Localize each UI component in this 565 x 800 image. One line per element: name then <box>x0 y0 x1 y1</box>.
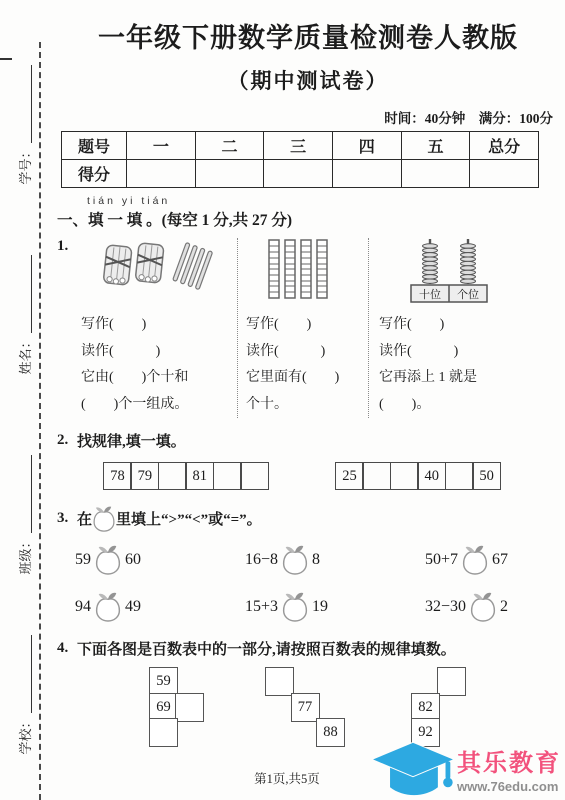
q1-panel-abacus: 十位 个位 写作( ) 读作( ) 它再添上 1 就是 ( )。 <box>368 238 559 418</box>
peach-icon <box>94 544 122 575</box>
compare-right: 8 <box>312 551 320 569</box>
question-4-heading: 4. 下面各图是百数表中的一部分,请按照百数表的规律填数。 <box>57 638 559 659</box>
class-field: 班级： <box>11 427 37 603</box>
ones-place-label: 个位 <box>457 288 479 301</box>
class-blank <box>17 456 32 534</box>
comparison-item: 32−30 2 <box>425 591 559 622</box>
score-table: 题号 一 二 三 四 五 总分 得分 <box>61 131 539 188</box>
school-blank <box>17 636 32 714</box>
peach-icon <box>281 591 309 622</box>
score-table-corner: 题号 <box>62 132 127 160</box>
peach-icon <box>94 591 122 622</box>
publisher-logo: 其乐教育 www.76edu.com <box>369 740 561 800</box>
compare-left: 59 <box>75 551 91 569</box>
comparison-item: 50+7 67 <box>425 544 559 575</box>
table-row: 得分 <box>62 160 539 188</box>
strip-cell-blank <box>445 462 474 490</box>
q3-comparisons: 59 60 16−8 8 50+7 67 94 49 15+3 <box>75 544 559 622</box>
q1c-line-read: 读作( ) <box>379 339 555 366</box>
q1b-line-tens-2: 个十。 <box>246 392 364 419</box>
question-4-text: 下面各图是百数表中的一部分,请按照百数表的规律填数。 <box>77 638 456 659</box>
score-col-4: 四 <box>332 132 401 160</box>
chart-cell: 88 <box>316 718 345 747</box>
compare-left: 94 <box>75 598 91 616</box>
student-name-blank <box>17 256 32 334</box>
compare-right: 60 <box>125 551 141 569</box>
compare-left: 50+7 <box>425 551 458 569</box>
q1c-line-add1-2: ( )。 <box>379 392 555 419</box>
score-row-label: 得分 <box>62 160 127 188</box>
q1a-line-compose-1: 它由( )个十和 <box>81 365 233 392</box>
comparison-item: 16−8 8 <box>245 544 425 575</box>
q1b-line-write: 写作( ) <box>246 312 364 339</box>
question-2-text: 找规律,填一填。 <box>77 430 186 451</box>
abacus-icon: 十位 个位 <box>407 238 493 304</box>
score-cell <box>264 160 333 188</box>
q1c-line-add1-1: 它再添上 1 就是 <box>379 365 555 392</box>
question-4-number: 4. <box>57 640 77 657</box>
score-cell <box>470 160 539 188</box>
page-title: 一年级下册数学质量检测卷人教版 <box>57 16 559 55</box>
class-label: 班级： <box>15 536 34 575</box>
peach-icon <box>281 544 309 575</box>
seal-dashed-line <box>39 42 41 800</box>
logo-url: www.76edu.com <box>457 779 558 794</box>
page-subtitle: （期中测试卷） <box>57 65 559 95</box>
strip-cell: 40 <box>417 462 446 490</box>
q1-panel-rods: 写作( ) 读作( ) 它里面有( ) 个十。 <box>237 238 368 418</box>
question-1-number: 1. <box>57 238 77 418</box>
q1b-line-read: 读作( ) <box>246 339 364 366</box>
section-1-heading: 一、填 一 填 。(每空 1 分,共 27 分) <box>57 208 559 230</box>
q1a-line-compose-2: ( )个一组成。 <box>81 392 233 419</box>
strip-cell-blank <box>362 462 391 490</box>
peach-icon <box>461 544 489 575</box>
question-3-number: 3. <box>57 510 77 527</box>
question-3-heading: 3. 在 里填上“>”“<”或“=”。 <box>57 505 559 532</box>
score-cell <box>332 160 401 188</box>
graduation-cap-icon <box>369 740 457 800</box>
base-ten-rods-icon <box>268 238 330 302</box>
comparison-item: 94 49 <box>75 591 245 622</box>
score-cell <box>195 160 264 188</box>
compare-left: 15+3 <box>245 598 278 616</box>
q1-panel-bundles: 写作( ) 读作( ) 它由( )个十和 ( )个一组成。 <box>77 238 237 418</box>
student-id-label: 学号： <box>15 146 34 185</box>
student-name-field: 姓名： <box>11 227 37 403</box>
strip-cell-blank <box>158 462 187 490</box>
student-id-field: 学号： <box>11 37 37 213</box>
q1b-line-tens-1: 它里面有( ) <box>246 365 364 392</box>
compare-right: 49 <box>125 598 141 616</box>
strip-cell: 81 <box>185 462 214 490</box>
time-score-info: 时间：40分钟 满分：100分 <box>57 107 559 127</box>
score-col-1: 一 <box>127 132 196 160</box>
q1a-line-write: 写作( ) <box>81 312 233 339</box>
q2-number-strips: 78 79 81 25 40 50 <box>57 462 559 490</box>
score-col-5: 五 <box>401 132 470 160</box>
chart-cell-blank <box>149 718 178 747</box>
tens-place-label: 十位 <box>419 287 441 301</box>
school-label: 学校： <box>15 716 34 755</box>
peach-icon <box>92 505 116 532</box>
chart-cell-blank <box>175 693 204 722</box>
student-name-label: 姓名： <box>15 336 34 375</box>
comparison-item: 59 60 <box>75 544 245 575</box>
q2-strip-1: 78 79 81 <box>103 462 269 490</box>
strip-cell: 25 <box>335 462 364 490</box>
compare-left: 16−8 <box>245 551 278 569</box>
strip-cell-blank <box>240 462 269 490</box>
pinyin-annotation: tián yi tián <box>87 195 559 207</box>
school-field: 学校： <box>11 607 37 783</box>
compare-right: 67 <box>492 551 508 569</box>
compare-left: 32−30 <box>425 598 466 616</box>
comparison-item: 15+3 19 <box>245 591 425 622</box>
student-id-blank <box>17 66 32 144</box>
question-3-text-suffix: 里填上“>”“<”或“=”。 <box>116 508 262 529</box>
q2-strip-2: 25 40 50 <box>335 462 501 490</box>
table-row: 题号 一 二 三 四 五 总分 <box>62 132 539 160</box>
chart-cell-blank <box>437 667 466 696</box>
strip-cell: 78 <box>103 462 132 490</box>
exam-paper-page: 学号： 姓名： 班级： 学校： 一年级下册数学质量检测卷人教版 （期中测试卷） … <box>0 0 565 800</box>
question-3-text-prefix: 在 <box>77 508 92 529</box>
score-col-2: 二 <box>195 132 264 160</box>
strip-cell: 50 <box>472 462 501 490</box>
strip-cell: 79 <box>130 462 159 490</box>
score-cell <box>401 160 470 188</box>
score-cell <box>127 160 196 188</box>
logo-name: 其乐教育 <box>457 743 561 778</box>
compare-right: 2 <box>500 598 508 616</box>
score-col-3: 三 <box>264 132 333 160</box>
compare-right: 19 <box>312 598 328 616</box>
question-2-heading: 2. 找规律,填一填。 <box>57 430 559 451</box>
stick-bundles-icon <box>95 238 217 300</box>
q1c-line-write: 写作( ) <box>379 312 555 339</box>
q1a-line-read: 读作( ) <box>81 339 233 366</box>
peach-icon <box>469 591 497 622</box>
score-col-total: 总分 <box>470 132 539 160</box>
question-1: 1. <box>57 238 559 418</box>
strip-cell-blank <box>390 462 419 490</box>
strip-cell-blank <box>213 462 242 490</box>
question-2-number: 2. <box>57 432 77 449</box>
